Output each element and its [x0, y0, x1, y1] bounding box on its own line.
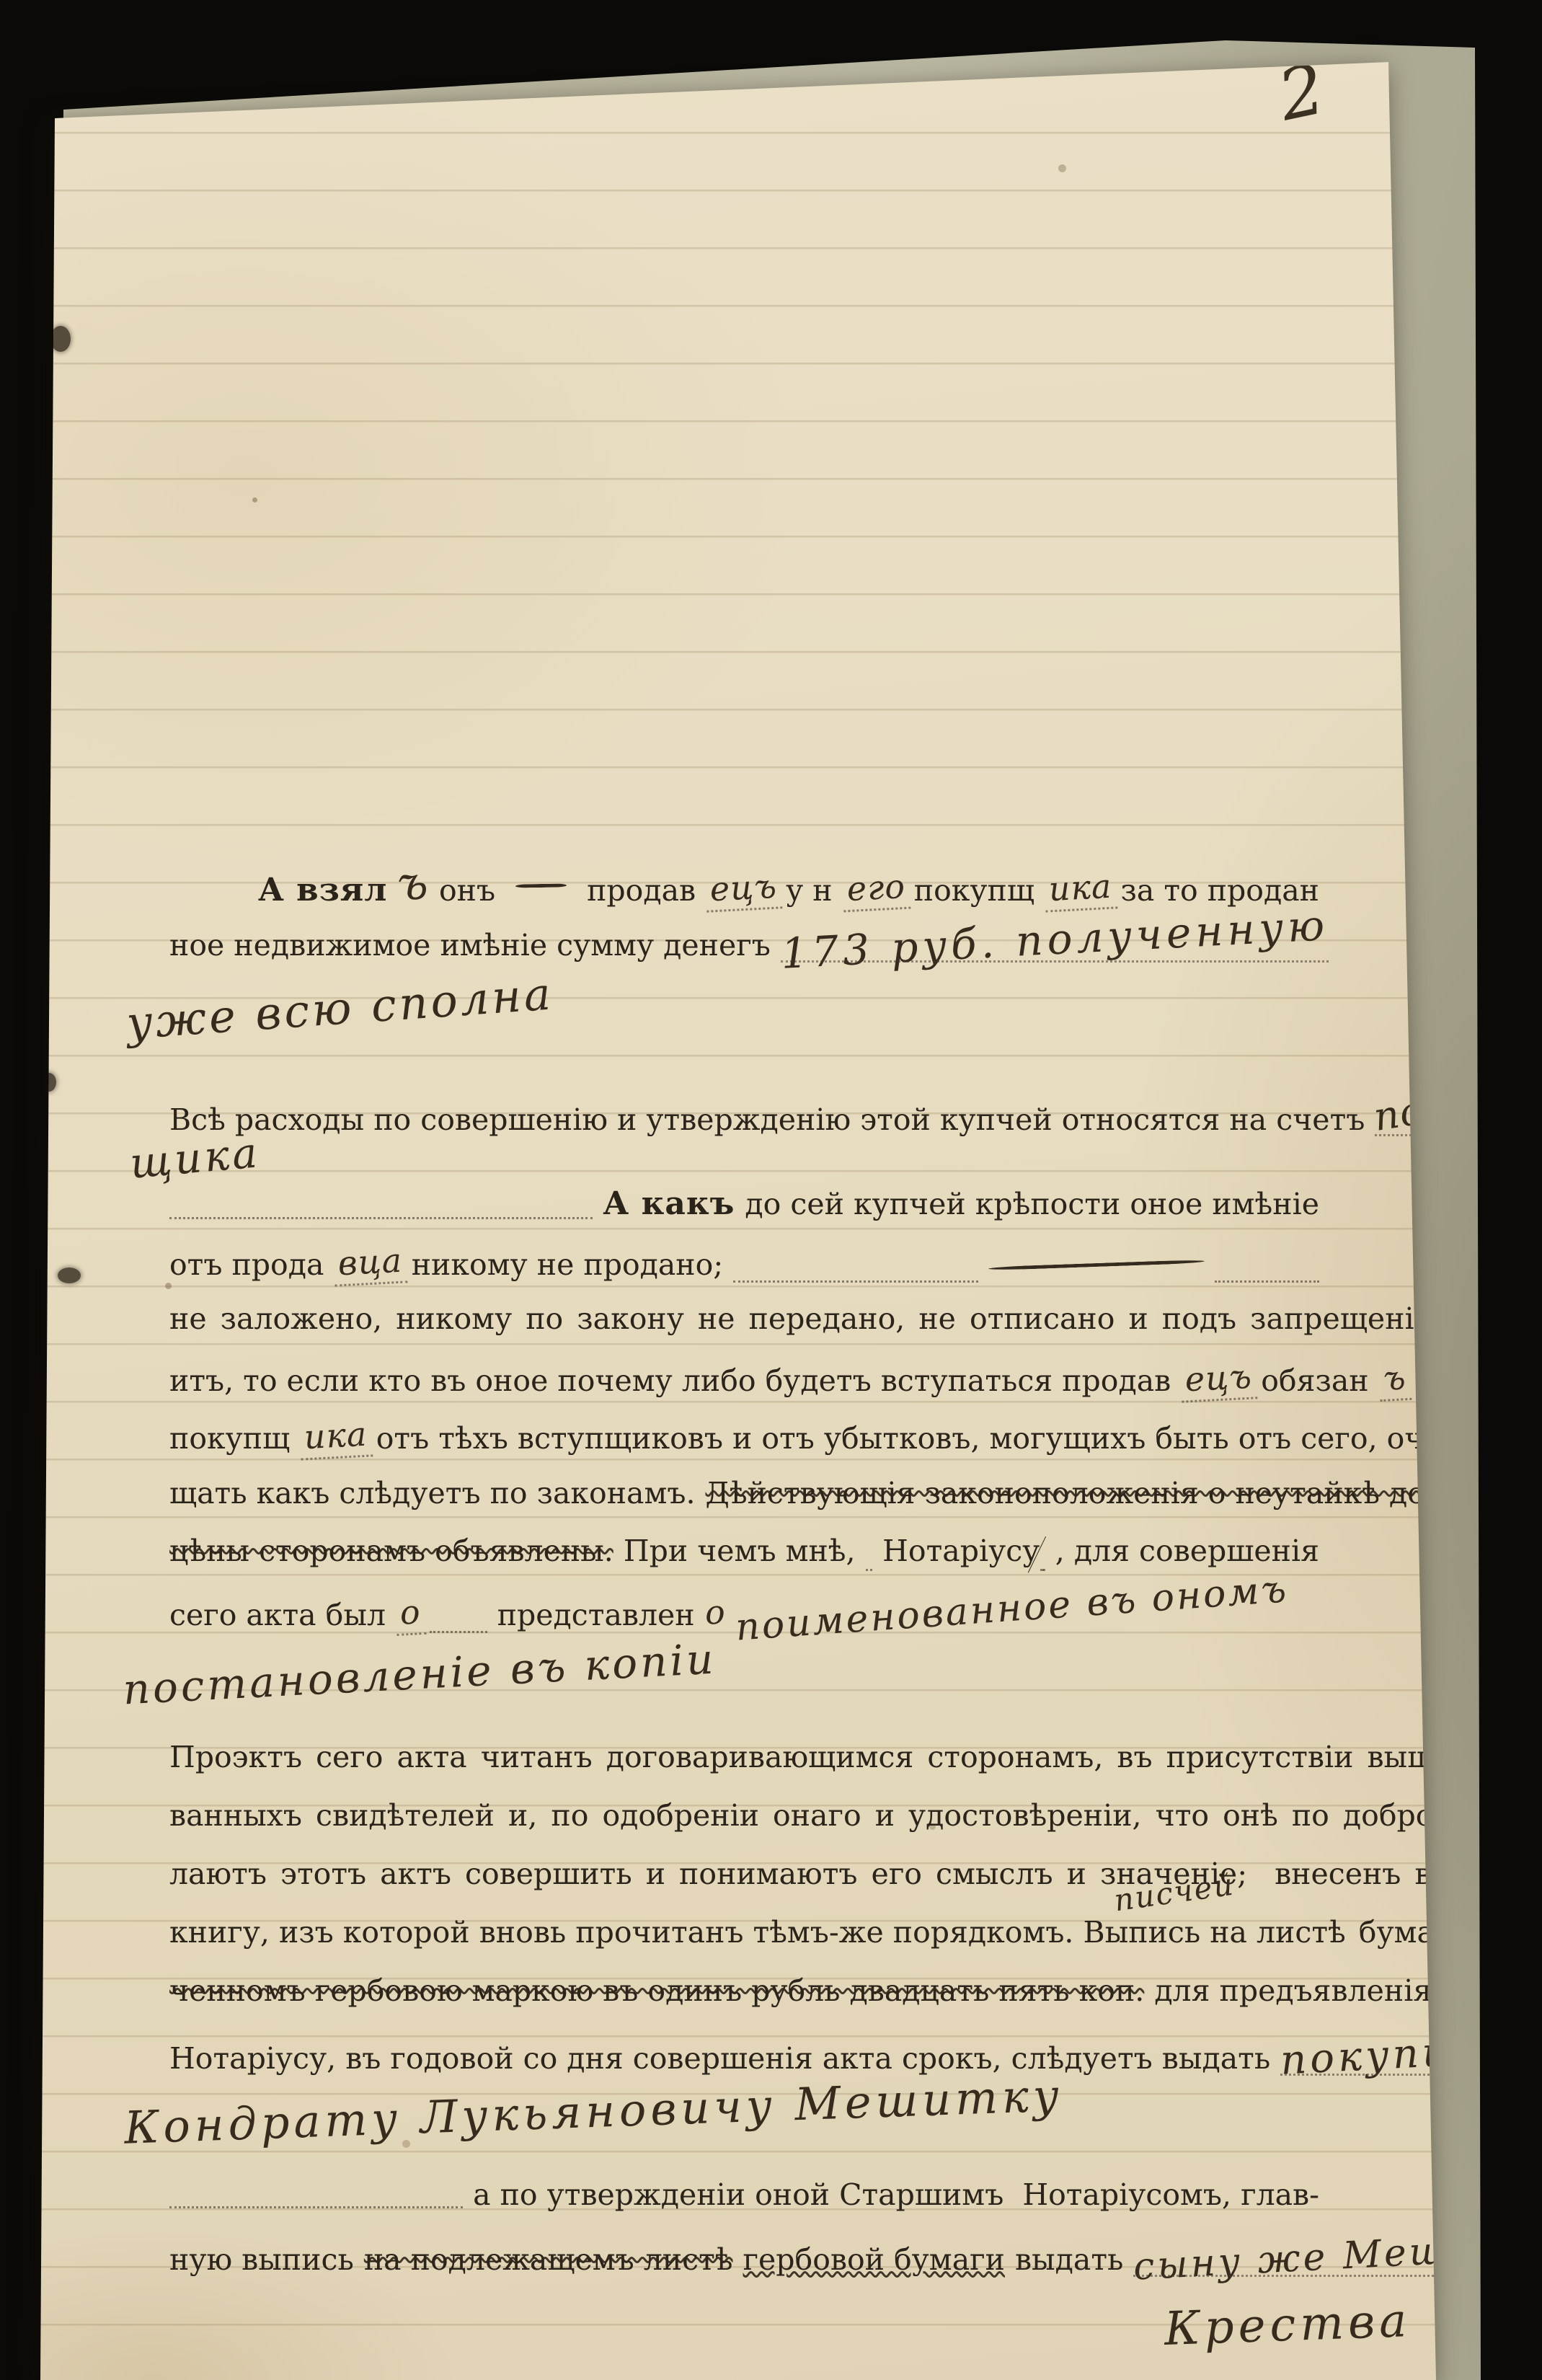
pen-dash	[515, 884, 567, 888]
text-line-expenses: Всѣ расходы по совершенію и утвержденію …	[169, 1094, 1319, 1139]
handwritten-text: вца	[333, 1241, 408, 1286]
pen-dash	[988, 1260, 1205, 1270]
dotted-fill: покуп	[1375, 1094, 1498, 1139]
handwritten-text: его	[841, 867, 910, 913]
dotted-fill: покупщику	[1280, 2032, 1542, 2079]
printed-text: покупщ	[169, 1422, 290, 1456]
text-line-protection: покупщ ика отъ тѣхъ вступщиковъ и отъ уб…	[169, 1418, 1319, 1460]
text-line-stamp-struck: ченномъ гербовою маркою въ одинъ рубль д…	[169, 1974, 1319, 2008]
struck-text: опла-	[1480, 1916, 1542, 1950]
handwritten-text: ецъ	[705, 867, 783, 912]
struck-text: ченномъ гербовою маркою въ одинъ рубль д…	[169, 1974, 1144, 2008]
printed-text: Нотаріусу	[882, 1534, 1040, 1568]
document-photo: 2 А взял ъ онъ продав ецъ у н его покупщ…	[0, 0, 1542, 2380]
underlined-struck-text: гербовой бумаги	[743, 2243, 1005, 2277]
printed-text: Нотаріусу, въ годовой со дня совершенія …	[169, 2042, 1270, 2076]
text-line-vypis: книгу, изъ которой вновь прочитанъ тѣмъ-…	[169, 1916, 1319, 1950]
text-line-issue-to: Нотаріусу, въ годовой со дня совершенія …	[169, 2032, 1319, 2079]
dotted-fill	[430, 1609, 487, 1633]
dotted-fill	[169, 2185, 463, 2208]
text-line-sum: ное недвижимое имѣніе сумму денегъ 173 р…	[169, 917, 1319, 965]
document-page: 2 А взял ъ онъ продав ецъ у н его покупщ…	[0, 0, 1542, 2380]
printed-text: итъ, то если кто въ оное почему либо буд…	[169, 1364, 1171, 1398]
printed-text: ное недвижимое имѣніе сумму денегъ	[169, 929, 771, 963]
dotted-fill: сыну же Мешитку	[1133, 2237, 1542, 2280]
struck-text: на подлежащемъ листѣ	[364, 2243, 733, 2277]
printed-text: продав	[587, 874, 696, 908]
text-line-main-copy: ную выпись на подлежащемъ листѣ гербовой…	[169, 2237, 1319, 2280]
printed-text: ванныхъ свидѣтелей и, по одобреніи онаго…	[169, 1799, 1542, 1833]
handwritten-text: ецъ	[1180, 1357, 1258, 1402]
struck-text: цѣны сторонамъ объявлены.	[169, 1534, 613, 1568]
printed-text: не заложено, никому по закону не передан…	[169, 1302, 1542, 1336]
text-line-price-intro: А взял ъ онъ продав ецъ у н его покупщ и…	[258, 859, 1319, 913]
handwritten-text: ика	[299, 1415, 373, 1460]
printed-text: щать какъ слѣдуетъ по законамъ.	[169, 1477, 696, 1510]
printed-text: бумаги	[1359, 1916, 1470, 1950]
printed-text: Проэктъ сего акта читанъ договаривающимс…	[169, 1740, 1542, 1774]
paper-stain	[252, 497, 257, 503]
printed-text: А взял	[258, 872, 387, 909]
dotted-fill	[733, 1259, 978, 1283]
printed-text: представлен	[497, 1598, 695, 1632]
printed-text: ную выпись	[169, 2243, 354, 2277]
text-line-akak: А какъ до сей купчей крѣпости оное имѣні…	[169, 1186, 1319, 1223]
text-line-no-mortgage: не заложено, никому по закону не передан…	[169, 1302, 1319, 1336]
printed-text: обязан	[1261, 1364, 1368, 1398]
text-line-project-2: ванныхъ свидѣтелей и, по одобреніи онаго…	[169, 1799, 1319, 1833]
printed-text: покупщ	[914, 874, 1034, 908]
dotted-fill	[169, 1195, 593, 1219]
struck-text: Дѣйствующія законоположенія о неутайкѣ д…	[706, 1477, 1542, 1510]
printed-text: А какъ	[603, 1186, 735, 1223]
binding-hole	[50, 326, 71, 352]
handwritten-text: ика	[1043, 867, 1117, 912]
handwritten-text: ъ	[1378, 1358, 1412, 1402]
handwritten-text: ъ	[396, 857, 430, 912]
printed-text: онъ	[439, 874, 495, 908]
dotted-fill: 173 руб. полученную	[781, 917, 1329, 965]
printed-text: Всѣ расходы по совершенію и утвержденію …	[169, 1103, 1365, 1137]
printed-text: никому не продано;	[412, 1248, 723, 1282]
printed-text: При чемъ мнѣ,	[624, 1534, 856, 1568]
dotted-fill	[866, 1547, 873, 1571]
printed-text: у н	[786, 874, 832, 908]
text-line-laws: щать какъ слѣдуетъ по законамъ. Дѣйствую…	[169, 1477, 1319, 1510]
binding-hole	[42, 1073, 56, 1092]
printed-text: до сей купчей крѣпости оное имѣніе	[745, 1187, 1319, 1221]
printed-text: сего акта был	[169, 1598, 386, 1632]
document-page-wrap: 2 А взял ъ онъ продав ецъ у н его покупщ…	[0, 0, 1542, 2380]
printed-text: а по утвержденіи оной Старшимъ Нотаріусо…	[473, 2178, 1319, 2212]
printed-text: , для совершенія	[1055, 1534, 1319, 1568]
handwritten-text: покупщику	[1280, 2024, 1542, 2084]
printed-text: книгу, изъ которой вновь прочитанъ тѣмъ-…	[169, 1916, 1346, 1950]
page-number: 2	[1272, 48, 1333, 137]
printed-text: отъ тѣхъ вступщиковъ и отъ убытковъ, мог…	[376, 1422, 1454, 1456]
text-line-notary: цѣны сторонамъ объявлены. При чемъ мнѣ, …	[169, 1534, 1319, 1575]
text-line-presented: сего акта был о представлен о поименован…	[169, 1592, 1319, 1637]
text-line-obligation: итъ, то если кто въ оное почему либо буд…	[169, 1361, 1319, 1402]
handwritten-text: о	[704, 1593, 726, 1632]
dotted-fill	[1215, 1259, 1319, 1283]
text-line-approval: а по утвержденіи оной Старшимъ Нотаріусо…	[169, 2178, 1319, 2212]
printed-text: выдать	[1015, 2243, 1123, 2277]
dotted-fill	[1040, 1547, 1045, 1571]
text-line-not-sold: отъ прода вца никому не продано;	[169, 1244, 1319, 1286]
printed-text: лаютъ этотъ актъ совершить и понимаютъ е…	[169, 1857, 1542, 1891]
handwritten-text: о	[394, 1593, 426, 1636]
text-line-project-1: Проэктъ сего акта читанъ договаривающимс…	[169, 1740, 1319, 1774]
signature: Крества	[1164, 2294, 1412, 2356]
printed-text: отъ прода	[169, 1248, 324, 1282]
printed-text: для предъявленія Старшему	[1154, 1974, 1542, 2008]
binding-hole	[58, 1268, 81, 1283]
